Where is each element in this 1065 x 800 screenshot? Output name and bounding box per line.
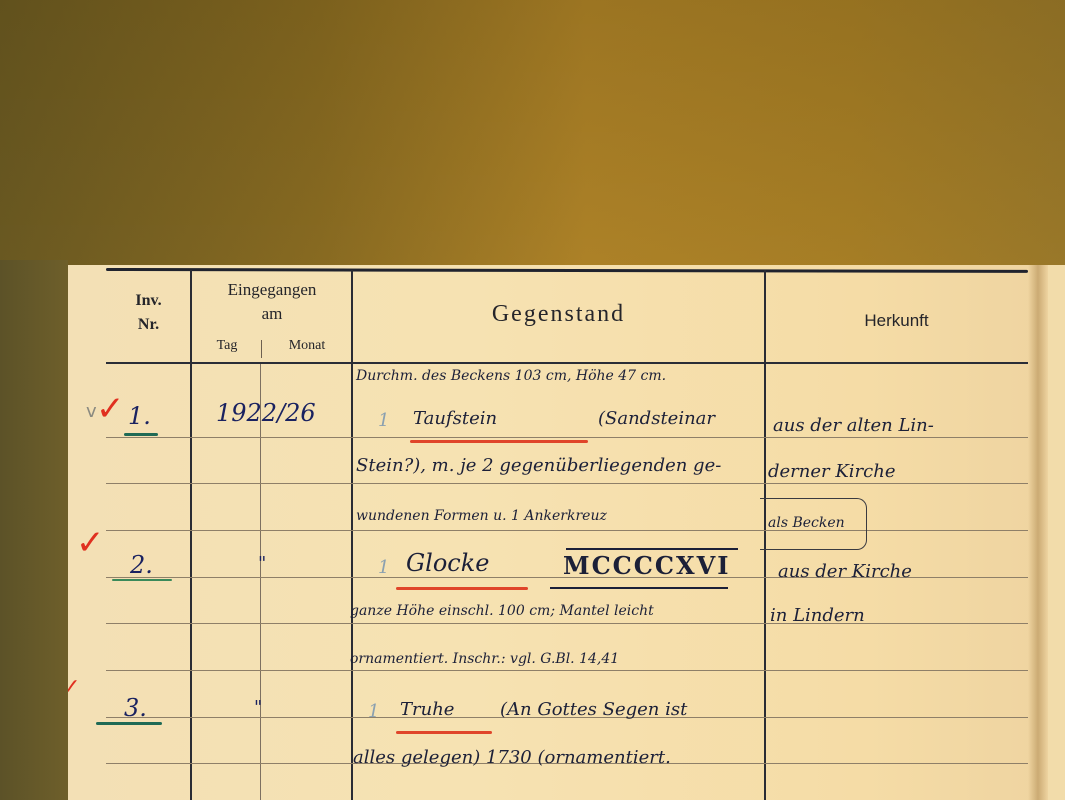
entry-item-2: Glocke: [406, 549, 489, 577]
page-binding-shadow: [1028, 265, 1048, 800]
header-monat: Monat: [262, 338, 352, 354]
header-nr-line2: Nr.: [106, 313, 191, 337]
entry-1-line-1: (Sandsteinar: [598, 408, 715, 429]
top-rule: [106, 268, 1028, 273]
red-check-icon: ✓: [76, 523, 105, 563]
entry-item-1: Taufstein: [413, 408, 497, 429]
red-check-icon: ✓: [68, 675, 80, 700]
header-inv-nr: Inv. Nr.: [106, 289, 191, 337]
ruled-line: [106, 437, 1028, 438]
entry-2-herkunft-1: aus der Kirche: [778, 561, 912, 582]
entry-2-line-1: ganze Höhe einschl. 100 cm; Mantel leich…: [350, 603, 654, 619]
entry-date-1: 1922/26: [216, 399, 316, 427]
entry-1-line-3: wundenen Formen u. 1 Ankerkreuz: [356, 508, 607, 524]
entry-1-line-2: Stein?), m. je 2 gegenüberliegenden ge-: [356, 455, 721, 476]
red-underline: [396, 731, 492, 734]
entry-2-line-2: ornamentiert. Inschr.: vgl. G.Bl. 14,41: [350, 651, 619, 667]
column-divider-tag-monat: [260, 364, 261, 800]
entry-count-1: 1: [378, 410, 389, 431]
inscription-overline: [566, 548, 738, 550]
inscription-underline: [550, 587, 728, 589]
page-edge: [1048, 265, 1065, 800]
entry-3-line-2: alles gelegen) 1730 (ornamentiert.: [353, 747, 671, 768]
entry-3-line-1: (An Gottes Segen ist: [500, 699, 687, 720]
header-gegenstand: Gegenstand: [352, 301, 765, 328]
entry-1-herkunft-note: als Becken: [768, 515, 845, 531]
entry-1-herkunft-1: aus der alten Lin-: [773, 415, 934, 436]
ruled-line: [106, 670, 1028, 671]
ruled-line: [106, 530, 1028, 531]
ledger-page: Inv. Nr. Eingegangen am Tag Monat Gegens…: [68, 265, 1065, 800]
header-herkunft: Herkunft: [765, 311, 1028, 331]
entry-date-3: ": [254, 697, 262, 718]
red-underline: [396, 587, 528, 590]
red-check-icon: ✓: [96, 389, 125, 429]
entry-2-herkunft-2: in Lindern: [770, 605, 865, 626]
entry-number-1: 1.: [128, 402, 151, 430]
entry-date-2: ": [258, 553, 266, 574]
measurement-note: Durchm. des Beckens 103 cm, Höhe 47 cm.: [356, 368, 666, 384]
header-tag: Tag: [192, 338, 262, 354]
entry-item-3: Truhe: [400, 699, 454, 720]
header-eingegangen-line1: Eingegangen: [192, 278, 352, 302]
entry-count-3: 1: [368, 701, 379, 722]
green-underline: [96, 722, 162, 725]
green-underline: [124, 433, 158, 436]
entry-1-herkunft-2: derner Kirche: [768, 461, 896, 482]
red-underline: [410, 440, 588, 443]
header-am-line2: am: [192, 302, 352, 326]
header-eingegangen: Eingegangen am: [192, 278, 352, 326]
ruled-line: [106, 483, 1028, 484]
entry-number-3: 3.: [124, 694, 147, 722]
entry-number-2: 2.: [130, 551, 153, 579]
entry-count-2: 1: [378, 557, 389, 578]
green-underline: [112, 579, 172, 581]
ruled-line: [106, 623, 1028, 624]
header-inv-line1: Inv.: [106, 289, 191, 313]
header-rule: [106, 362, 1028, 364]
background-left-shadow: [0, 260, 68, 800]
entry-2-inscription: MCCCCXVI: [563, 551, 730, 580]
